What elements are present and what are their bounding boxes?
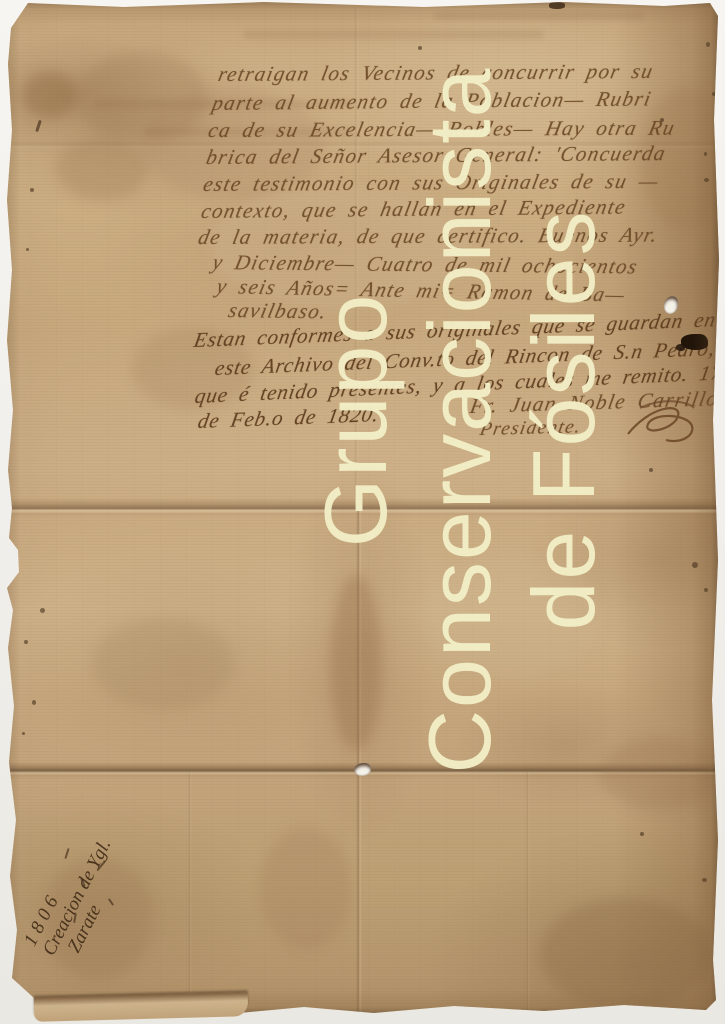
rubric-flourish-icon xyxy=(622,396,702,451)
stain xyxy=(540,898,712,1010)
foxing-speck xyxy=(704,178,709,182)
stain xyxy=(600,738,722,810)
foxing-speck xyxy=(418,46,422,50)
foxing-speck xyxy=(26,248,29,251)
foxing-speck xyxy=(640,832,644,836)
watermark-line: de Fósiles xyxy=(512,67,616,774)
watermark-line: Grupo xyxy=(304,67,408,774)
ink-blot xyxy=(681,334,708,350)
watermark-line: Conservacionista xyxy=(408,67,512,774)
torn-paper-flap xyxy=(34,992,249,1022)
foxing-speck xyxy=(704,588,708,592)
foxing-speck xyxy=(22,732,25,735)
foxing-speck xyxy=(30,188,34,192)
ink-blot xyxy=(676,344,685,351)
watermark-overlay: Grupo Conservacionista de Fósiles xyxy=(304,67,616,774)
foxing-speck xyxy=(692,562,698,568)
foxing-speck xyxy=(24,640,28,644)
fold-crease-vertical-right xyxy=(526,772,530,1012)
stain xyxy=(260,828,352,950)
scanned-document: retraigan los Vecinos de concurrir por s… xyxy=(0,0,725,1024)
foxing-speck xyxy=(40,608,45,613)
stain xyxy=(56,138,148,200)
foxing-speck xyxy=(714,755,718,759)
foxing-speck xyxy=(712,92,716,96)
foxing-speck xyxy=(649,468,653,472)
fold-crease-vertical-left xyxy=(188,772,192,1012)
foxing-speck xyxy=(706,42,710,47)
edge-notch-mark xyxy=(549,2,565,9)
foxing-speck xyxy=(704,152,707,156)
bleed-through-text xyxy=(434,12,644,20)
foxing-speck xyxy=(702,878,707,882)
stain xyxy=(22,72,78,118)
stray-ink-mark xyxy=(35,120,42,132)
stain xyxy=(92,618,234,710)
bleed-through-text xyxy=(244,30,544,39)
foxing-speck xyxy=(32,700,36,705)
